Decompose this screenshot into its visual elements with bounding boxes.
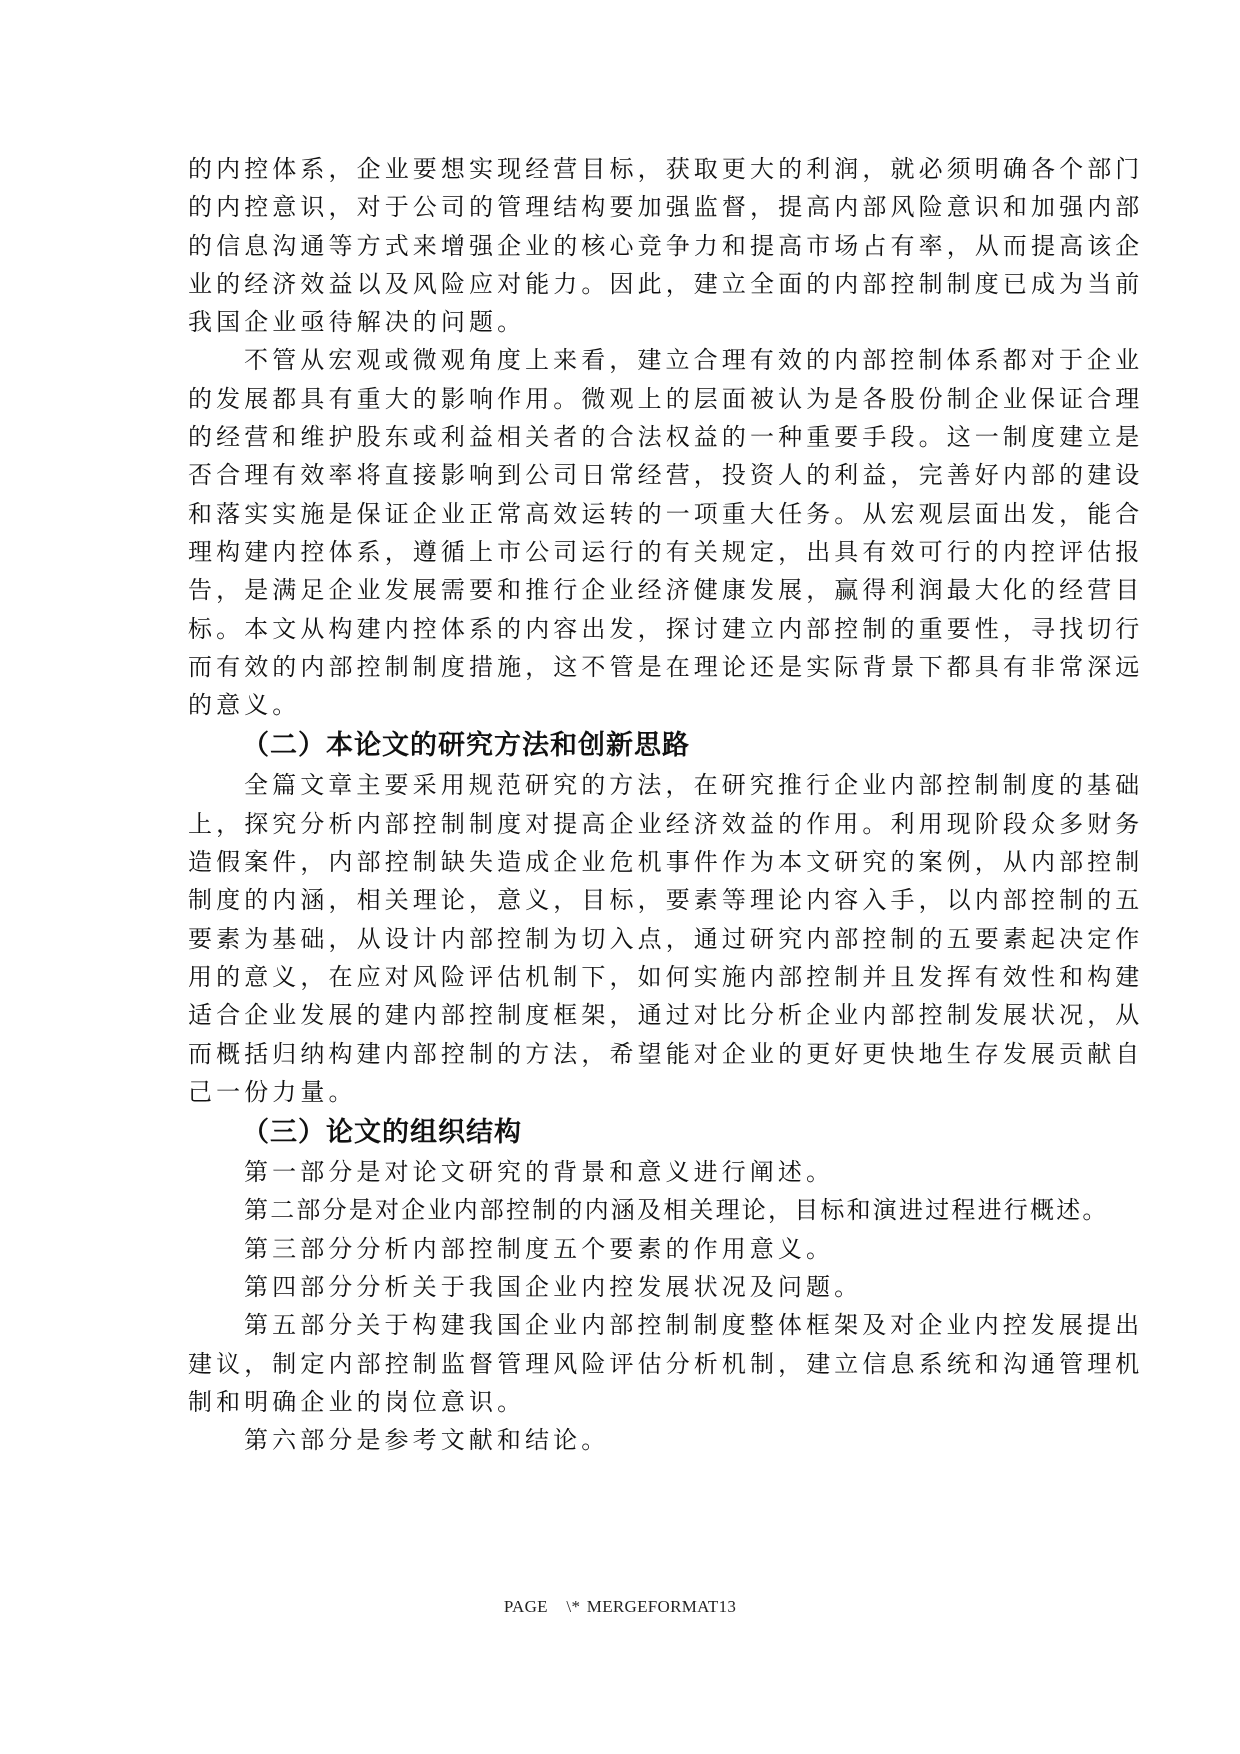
text-line: 标。本文从构建内控体系的内容出发，探讨建立内部控制的重要性，寻找切行 xyxy=(188,610,1038,648)
text-line: 告，是满足企业发展需要和推行企业经济健康发展，赢得利润最大化的经营目 xyxy=(188,571,1038,609)
text-line: 要素为基础，从设计内部控制为切入点，通过研究内部控制的五要素起决定作 xyxy=(188,920,1038,958)
text-line: 而有效的内部控制制度措施，这不管是在理论还是实际背景下都具有非常深远 xyxy=(188,648,1038,686)
text-line: 己一份力量。 xyxy=(188,1073,1038,1111)
text-line: 的意义。 xyxy=(188,686,1038,724)
text-line: 建议，制定内部控制监督管理风险评估分析机制，建立信息系统和沟通管理机 xyxy=(188,1345,1038,1383)
text-line: 第六部分是参考文献和结论。 xyxy=(188,1421,1038,1459)
text-line: 的经营和维护股东或利益相关者的合法权益的一种重要手段。这一制度建立是 xyxy=(188,418,1038,456)
page-number: 13 xyxy=(719,1597,737,1616)
text-line: 的信息沟通等方式来增强企业的核心竞争力和提高市场占有率，从而提高该企 xyxy=(188,227,1038,265)
text-line: 理构建内控体系，遵循上市公司运行的有关规定，出具有效可行的内控评估报 xyxy=(188,533,1038,571)
organization-item-5: 第五部分关于构建我国企业内部控制制度整体框架及对企业内控发展提出 建议，制定内部… xyxy=(188,1306,1038,1421)
page-field-code: PAGE xyxy=(504,1597,548,1616)
text-line: 适合企业发展的建内部控制度框架，通过对比分析企业内部控制发展状况，从 xyxy=(188,996,1038,1034)
text-line: 的内控体系，企业要想实现经营目标，获取更大的利润，就必须明确各个部门 xyxy=(188,150,1038,188)
research-method-paragraph: 全篇文章主要采用规范研究的方法，在研究推行企业内部控制制度的基础 上，探究分析内… xyxy=(188,766,1038,1111)
text-line: 造假案件，内部控制缺失造成企业危机事件作为本文研究的案例，从内部控制 xyxy=(188,843,1038,881)
text-line: 第五部分关于构建我国企业内部控制制度整体框架及对企业内控发展提出 xyxy=(188,1306,1038,1344)
text-line: 不管从宏观或微观角度上来看，建立合理有效的内部控制体系都对于企业 xyxy=(188,341,1038,379)
text-line: 和落实实施是保证企业正常高效运转的一项重大任务。从宏观层面出发，能合 xyxy=(188,495,1038,533)
text-line: 用的意义，在应对风险评估机制下，如何实施内部控制并且发挥有效性和构建 xyxy=(188,958,1038,996)
page-field-switch: \* MERGEFORMAT xyxy=(566,1597,718,1616)
text-line: 上，探究分析内部控制制度对提高企业经济效益的作用。利用现阶段众多财务 xyxy=(188,805,1038,843)
section-heading-research-method: （二）本论文的研究方法和创新思路 xyxy=(188,726,1038,766)
section-heading-organization: （三）论文的组织结构 xyxy=(188,1113,1038,1153)
text-line: 而概括归纳构建内部控制的方法，希望能对企业的更好更快地生存发展贡献自 xyxy=(188,1035,1038,1073)
organization-item-4: 第四部分分析关于我国企业内控发展状况及问题。 xyxy=(188,1268,1038,1306)
organization-item-3: 第三部分分析内部控制度五个要素的作用意义。 xyxy=(188,1230,1038,1268)
document-page: 的内控体系，企业要想实现经营目标，获取更大的利润，就必须明确各个部门 的内控意识… xyxy=(188,150,1038,1460)
text-line: 第一部分是对论文研究的背景和意义进行阐述。 xyxy=(188,1153,1038,1191)
text-line: 第四部分分析关于我国企业内控发展状况及问题。 xyxy=(188,1268,1038,1306)
organization-item-2: 第二部分是对企业内部控制的内涵及相关理论，目标和演进过程进行概述。 xyxy=(188,1191,1038,1229)
page-footer: PAGE \* MERGEFORMAT13 xyxy=(0,1597,1240,1617)
text-line: 第三部分分析内部控制度五个要素的作用意义。 xyxy=(188,1230,1038,1268)
text-line: 业的经济效益以及风险应对能力。因此，建立全面的内部控制制度已成为当前 xyxy=(188,265,1038,303)
organization-item-1: 第一部分是对论文研究的背景和意义进行阐述。 xyxy=(188,1153,1038,1191)
text-line: 第二部分是对企业内部控制的内涵及相关理论，目标和演进过程进行概述。 xyxy=(188,1191,1038,1229)
significance-paragraph: 不管从宏观或微观角度上来看，建立合理有效的内部控制体系都对于企业 的发展都具有重… xyxy=(188,341,1038,724)
text-line: 制度的内涵，相关理论，意义，目标，要素等理论内容入手，以内部控制的五 xyxy=(188,881,1038,919)
text-line: 制和明确企业的岗位意识。 xyxy=(188,1383,1038,1421)
text-line: 全篇文章主要采用规范研究的方法，在研究推行企业内部控制制度的基础 xyxy=(188,766,1038,804)
continuation-paragraph: 的内控体系，企业要想实现经营目标，获取更大的利润，就必须明确各个部门 的内控意识… xyxy=(188,150,1038,341)
text-line: 否合理有效率将直接影响到公司日常经营，投资人的利益，完善好内部的建设 xyxy=(188,456,1038,494)
organization-item-6: 第六部分是参考文献和结论。 xyxy=(188,1421,1038,1459)
text-line: 的内控意识，对于公司的管理结构要加强监督，提高内部风险意识和加强内部 xyxy=(188,188,1038,226)
text-line: 我国企业亟待解决的问题。 xyxy=(188,303,1038,341)
text-line: 的发展都具有重大的影响作用。微观上的层面被认为是各股份制企业保证合理 xyxy=(188,380,1038,418)
